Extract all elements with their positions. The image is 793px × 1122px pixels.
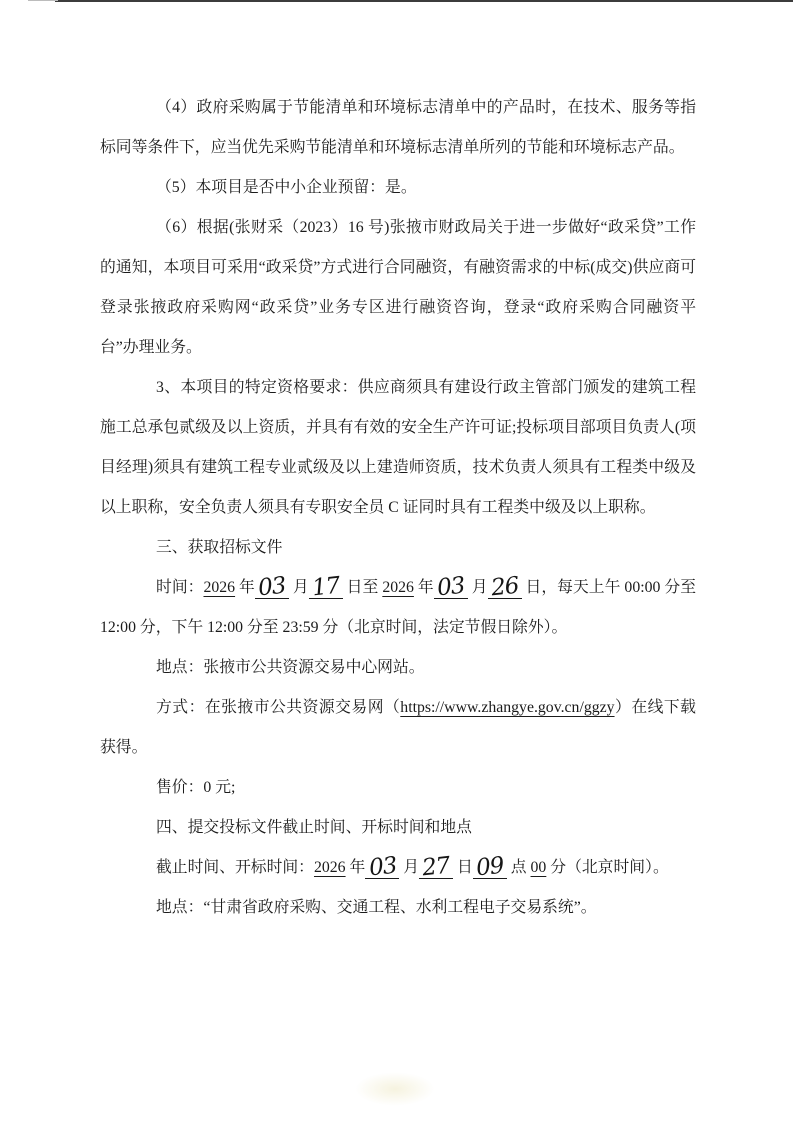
handwritten-start-day-blank: 17 <box>309 574 343 599</box>
paragraph-procurement-loan: （6）根据(张财采（2023）16 号)张掖市财政局关于进一步做好“政采贷”工作… <box>100 208 696 368</box>
scan-edge-artifact <box>55 0 793 2</box>
obtain-time-label: 时间： <box>156 579 203 596</box>
handwritten-start-day: 17 <box>311 575 341 601</box>
paragraph-obtain-time: 时间：2026 年03 月17 日至 2026 年03 月26 日，每天上午 0… <box>100 568 696 648</box>
handwritten-deadline-month-blank: 03 <box>365 854 399 879</box>
deadline-sep-day: 日 <box>453 859 473 876</box>
paragraph-price: 售价：0 元; <box>100 768 696 808</box>
scanned-document-page: （4）政府采购属于节能清单和环境标志清单中的产品时，在技术、服务等指标同等条件下… <box>0 0 793 1122</box>
handwritten-deadline-month: 03 <box>368 855 398 881</box>
paragraph-opening-place: 地点：“甘肃省政府采购、交通工程、水利工程电子交易系统”。 <box>100 888 696 928</box>
handwritten-start-month: 03 <box>257 575 287 601</box>
paragraph-specific-qualification: 3、本项目的特定资格要求：供应商须具有建设行政主管部门颁发的建筑工程施工总承包贰… <box>100 368 696 528</box>
deadline-label: 截止时间、开标时间： <box>156 859 314 876</box>
obtain-method-prefix: 方式：在张掖市公共资源交易网（ <box>156 699 400 716</box>
deadline-tail: 分（北京时间）。 <box>546 859 668 876</box>
bottom-stain-artifact <box>355 1072 435 1106</box>
section-heading-obtain-bid-documents: 三、获取招标文件 <box>100 528 696 568</box>
handwritten-deadline-hour-blank: 09 <box>473 854 507 879</box>
paragraph-obtain-place: 地点：张掖市公共资源交易中心网站。 <box>100 648 696 688</box>
paragraph-sme-reservation: （5）本项目是否中小企业预留：是。 <box>100 168 696 208</box>
deadline-minute: 00 <box>531 859 547 876</box>
deadline-sep-month: 月 <box>399 859 419 876</box>
handwritten-end-month-blank: 03 <box>434 574 468 599</box>
handwritten-end-day-blank: 26 <box>488 574 522 599</box>
obtain-sep-year2: 年 <box>414 579 434 596</box>
obtain-sep-year1: 年 <box>235 579 255 596</box>
handwritten-end-day: 26 <box>490 575 520 601</box>
obtain-end-year: 2026 <box>382 579 414 596</box>
handwritten-end-month: 03 <box>436 575 466 601</box>
download-url: https://www.zhangye.gov.cn/ggzy <box>400 699 614 716</box>
handwritten-deadline-day: 27 <box>422 855 452 881</box>
obtain-sep-month2: 月 <box>468 579 488 596</box>
document-body: （4）政府采购属于节能清单和环境标志清单中的产品时，在技术、服务等指标同等条件下… <box>100 88 696 928</box>
scan-edge-artifact-faint <box>28 0 58 1</box>
deadline-sep-year: 年 <box>346 859 366 876</box>
deadline-sep-hour: 点 <box>507 859 531 876</box>
paragraph-obtain-method: 方式：在张掖市公共资源交易网（https://www.zhangye.gov.c… <box>100 688 696 768</box>
handwritten-start-month-blank: 03 <box>255 574 289 599</box>
obtain-sep-to: 日至 <box>343 579 383 596</box>
handwritten-deadline-day-blank: 27 <box>419 854 453 879</box>
deadline-year: 2026 <box>314 859 346 876</box>
handwritten-deadline-hour: 09 <box>475 855 505 881</box>
obtain-sep-month1: 月 <box>289 579 309 596</box>
section-heading-submission-deadline: 四、提交投标文件截止时间、开标时间和地点 <box>100 808 696 848</box>
paragraph-deadline-time: 截止时间、开标时间：2026 年03 月27 日09 点 00 分（北京时间）。 <box>100 848 696 888</box>
paragraph-energy-list-products: （4）政府采购属于节能清单和环境标志清单中的产品时，在技术、服务等指标同等条件下… <box>100 88 696 168</box>
obtain-start-year: 2026 <box>203 579 235 596</box>
